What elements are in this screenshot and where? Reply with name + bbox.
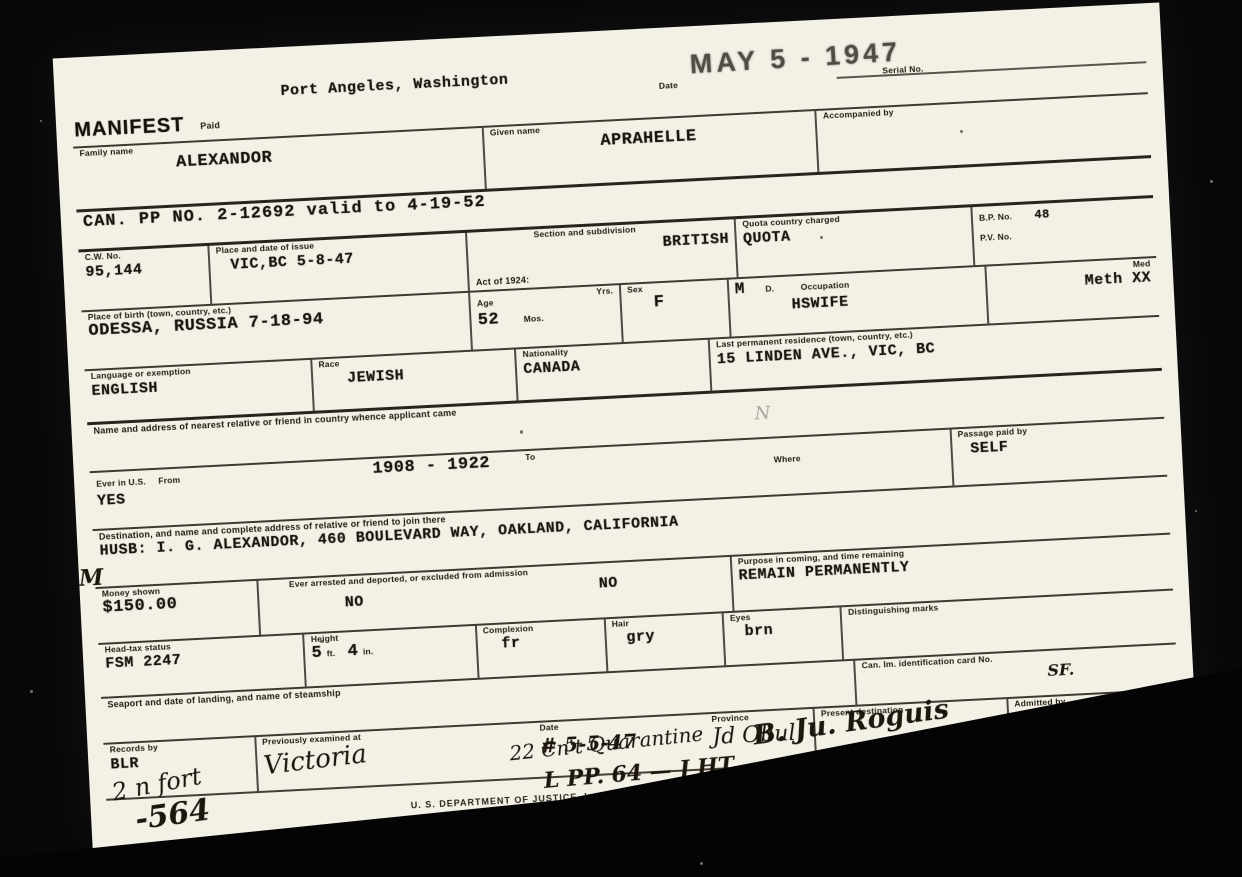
passage-paid-value: SELF bbox=[970, 438, 1009, 457]
med-value: Meth XX bbox=[1084, 270, 1151, 290]
bp-number-value: 48 bbox=[1034, 207, 1050, 222]
faint-pencil-mark: N bbox=[754, 402, 771, 424]
manifest-title: MANIFEST bbox=[74, 114, 185, 143]
dust-speck bbox=[30, 690, 33, 693]
height-inches-value: 4 bbox=[347, 642, 359, 662]
arrested-value-2: NO bbox=[598, 574, 618, 592]
arrested-value-1: NO bbox=[344, 593, 364, 611]
occupation-label: Occupation bbox=[800, 280, 849, 292]
language-value: ENGLISH bbox=[91, 380, 158, 400]
records-by-value: BLR bbox=[110, 755, 139, 773]
pv-number-label: P.V. No. bbox=[980, 225, 1149, 243]
ink-speck bbox=[960, 130, 963, 133]
date-label: Date bbox=[659, 81, 679, 92]
race-value: JEWISH bbox=[347, 367, 405, 387]
family-name-value: ALEXANDOR bbox=[176, 149, 273, 173]
ink-speck bbox=[520, 430, 523, 434]
margin-m-mark: M bbox=[78, 565, 104, 592]
headtax-value: FSM 2247 bbox=[105, 652, 182, 673]
nationality-value: CANADA bbox=[523, 358, 581, 378]
bp-number-label: B.P. No. bbox=[979, 212, 1013, 223]
money-cell: Money shown $150.00 bbox=[96, 580, 260, 642]
med-cell: Med Meth XX bbox=[984, 258, 1159, 324]
date-stamp: MAY 5 - 1947 bbox=[689, 37, 902, 81]
given-name-value: APRAHELLE bbox=[600, 127, 697, 151]
can-id-value: SF. bbox=[1047, 660, 1075, 680]
occupation-value: HSWIFE bbox=[791, 293, 849, 313]
complexion-value: fr bbox=[501, 635, 521, 653]
sex-cell: Sex F bbox=[619, 279, 729, 342]
age-cell: Age Yrs. 52 Mos. bbox=[468, 285, 621, 350]
eyes-cell: Eyes brn bbox=[722, 607, 843, 665]
yrs-label: Yrs. bbox=[596, 286, 613, 297]
complexion-cell: Complexion fr bbox=[474, 619, 606, 677]
scanned-manifest-card-page: Port Angeles, Washington Date MAY 5 - 19… bbox=[0, 0, 1242, 877]
hair-cell: Hair gry bbox=[603, 613, 724, 671]
ever-in-us-value: YES bbox=[97, 491, 126, 509]
section-value: BRITISH bbox=[662, 230, 729, 250]
paid-note: Paid bbox=[200, 120, 220, 131]
age-value: 52 bbox=[477, 310, 499, 330]
height-feet-value: 5 bbox=[311, 644, 323, 664]
feet-label: ft. bbox=[327, 649, 336, 659]
ever-in-us-label: Ever in U.S. bbox=[96, 477, 146, 489]
bp-pv-cell: B.P. No. 48 P.V. No. bbox=[970, 198, 1156, 265]
dust-speck bbox=[40, 120, 42, 122]
to-label: To bbox=[525, 452, 536, 462]
cw-number-label: C.W. No. bbox=[85, 247, 202, 263]
port-of-entry: Port Angeles, Washington bbox=[280, 72, 509, 101]
ink-speck bbox=[820, 236, 823, 239]
us-period-value: 1908 - 1922 bbox=[372, 454, 491, 479]
age-label: Age bbox=[477, 298, 494, 309]
dust-speck bbox=[700, 862, 703, 865]
ever-in-us-cell: Ever in U.S. From YES bbox=[90, 466, 233, 529]
sex-value: F bbox=[653, 293, 665, 313]
hair-value: gry bbox=[626, 628, 655, 646]
dust-speck bbox=[1210, 180, 1213, 183]
divorced-label: D. bbox=[765, 284, 774, 294]
where-label: Where bbox=[774, 447, 945, 465]
sex-label: Sex bbox=[627, 281, 721, 295]
eyes-label: Eyes bbox=[730, 608, 835, 623]
from-label: From bbox=[158, 475, 181, 486]
quota-country-value: QUOTA bbox=[743, 228, 791, 247]
act-of-1924-label: Act of 1924: bbox=[476, 275, 530, 288]
money-value: $150.00 bbox=[102, 595, 178, 618]
ink-speck bbox=[320, 640, 324, 643]
cw-number-cell: C.W. No. 95,144 bbox=[79, 246, 211, 310]
complexion-label: Complexion bbox=[483, 620, 598, 636]
mos-label: Mos. bbox=[523, 314, 544, 325]
inches-label: in. bbox=[363, 647, 374, 657]
dust-speck bbox=[1195, 510, 1197, 512]
where-cell: Where bbox=[767, 429, 952, 494]
eyes-value: brn bbox=[744, 622, 773, 640]
marital-status-mark: M bbox=[734, 280, 745, 298]
cw-number-value: 95,144 bbox=[85, 261, 143, 281]
records-by-label: Records by bbox=[109, 738, 248, 755]
hair-label: Hair bbox=[611, 614, 716, 629]
height-cell: Height 5 ft. 4 in. bbox=[303, 625, 478, 686]
